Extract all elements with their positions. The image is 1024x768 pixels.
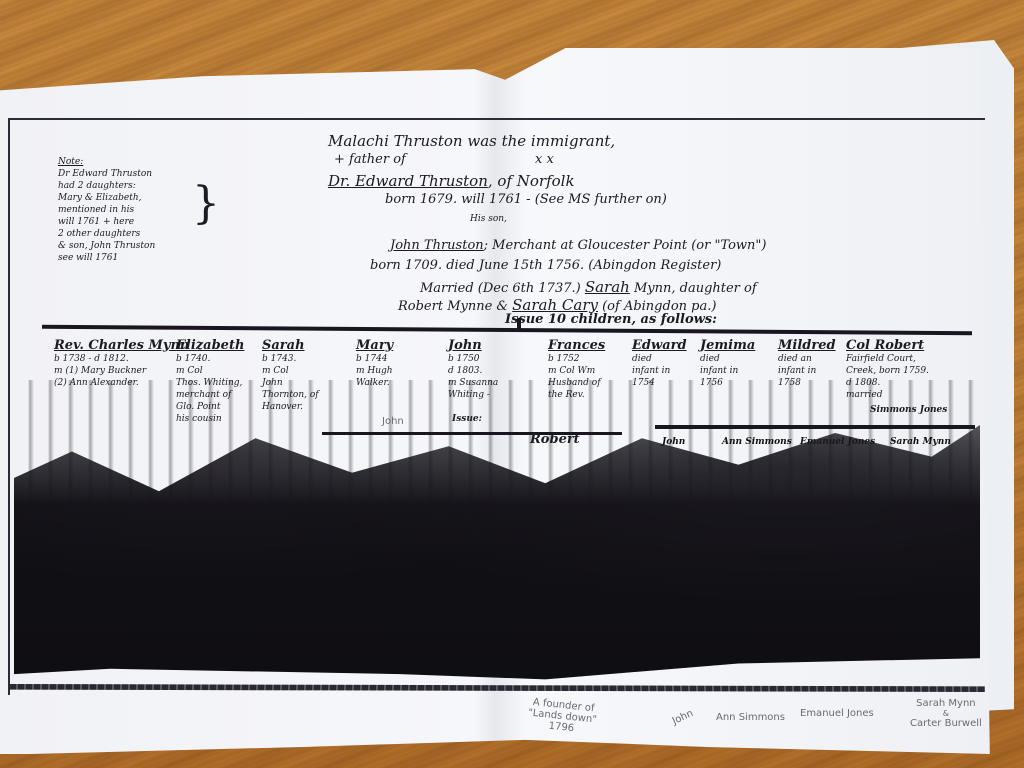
child-name: Mary [356, 338, 426, 353]
header-line-5: His son, [470, 213, 507, 225]
child-detail: m Col Wm [548, 365, 628, 377]
grandchild-robert: Robert [530, 432, 580, 447]
child-name: Jemima [700, 338, 770, 353]
side-note-brace-icon: } [192, 178, 220, 229]
child-name: Edward [632, 338, 692, 353]
child-detail: b 1750 [448, 353, 528, 365]
child-detail: m Col [262, 365, 352, 377]
john-line-3-pre: Married (Dec 6th 1737.) [420, 281, 585, 296]
child-detail: died [700, 353, 770, 365]
child-detail: infant in [700, 365, 770, 377]
child-name: John [448, 338, 528, 353]
child-name: Elizabeth [176, 338, 266, 353]
robert-descent-line [655, 425, 975, 429]
issue-label: Issue 10 children, as follows: [505, 312, 717, 327]
pencil-line: Carter Burwell [910, 718, 982, 729]
child-name: Mildred [778, 338, 838, 353]
john-line-1-rest: ; Merchant at Gloucester Point (or "Town… [484, 238, 767, 253]
child-detail: died an [778, 353, 838, 365]
child-detail: Creek, born 1759. [846, 365, 976, 377]
pencil-emanuel-jones: Emanuel Jones [800, 708, 874, 719]
side-note-line: Dr Edward Thruston [58, 168, 155, 180]
pencil-john-note: John [382, 416, 404, 427]
child-detail: died [632, 353, 692, 365]
child-detail: b 1744 [356, 353, 426, 365]
child-name: Col Robert [846, 338, 976, 353]
john-line-1: John Thruston; Merchant at Gloucester Po… [390, 238, 766, 253]
side-note-line: see will 1761 [58, 252, 155, 264]
child-detail: infant in [778, 365, 838, 377]
pencil-sarah-note: Sarah Mynn & Carter Burwell [910, 698, 982, 729]
john-line-3-post: Mynn, daughter of [630, 281, 757, 296]
child-detail: infant in [632, 365, 692, 377]
john-line-2: born 1709. died June 15th 1756. (Abingdo… [370, 258, 721, 273]
child-name: Frances [548, 338, 628, 353]
side-note-title: Note: [58, 156, 155, 168]
pencil-line: & [910, 709, 982, 718]
john-line-4-pre: Robert Mynne & [398, 299, 512, 314]
sarah-mynn-name: Sarah [585, 278, 630, 296]
header-line-3-rest: , of Norfolk [488, 172, 575, 190]
child-detail: m Hugh [356, 365, 426, 377]
john-line-3: Married (Dec 6th 1737.) Sarah Mynn, daug… [420, 278, 757, 296]
pencil-ann-simmons: Ann Simmons [716, 712, 785, 723]
header-marks: x x [535, 152, 554, 167]
john-thruston-name: John Thruston [390, 238, 484, 253]
child-name: Sarah [262, 338, 352, 353]
child-detail: d 1803. [448, 365, 528, 377]
header-line-3: Dr. Edward Thruston, of Norfolk [328, 172, 575, 190]
side-note-line: 2 other daughters [58, 228, 155, 240]
header-line-2: + father of [334, 152, 406, 167]
side-note: Note: Dr Edward Thruston had 2 daughters… [58, 156, 155, 264]
pencil-founder-note: A founder of "Lands down" 1796 [526, 696, 598, 736]
header-line-4: born 1679. will 1761 - (See MS further o… [385, 192, 667, 207]
child-name: Rev. Charles Mynn [54, 338, 144, 353]
descent-tick [517, 318, 521, 330]
pencil-line: Sarah Mynn [910, 698, 982, 709]
side-note-line: had 2 daughters: [58, 180, 155, 192]
grandchild-col-2: Ann Simmons [722, 436, 792, 448]
robert-col-note: Simmons Jones [870, 404, 947, 416]
child-detail: m Col [176, 365, 266, 377]
header-line-1: Malachi Thruston was the immigrant, [328, 132, 615, 150]
child-detail: m (1) Mary Buckner [54, 365, 144, 377]
child-detail: b 1752 [548, 353, 628, 365]
child-detail: b 1743. [262, 353, 352, 365]
child-detail: Fairfield Court, [846, 353, 976, 365]
edward-thruston-name: Dr. Edward Thruston [328, 172, 488, 190]
side-note-line: & son, John Thruston [58, 240, 155, 252]
side-note-line: mentioned in his [58, 204, 155, 216]
grandchild-col-4: Sarah Mynn [890, 436, 951, 448]
second-issue-label: Issue: [452, 413, 482, 425]
child-detail: b 1738 - d 1812. [54, 353, 144, 365]
side-note-line: Mary & Elizabeth, [58, 192, 155, 204]
side-note-line: will 1761 + here [58, 216, 155, 228]
child-detail: b 1740. [176, 353, 266, 365]
